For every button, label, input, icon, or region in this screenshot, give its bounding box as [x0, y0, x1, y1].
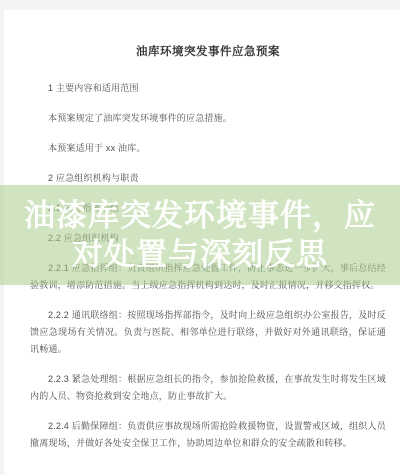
section-heading-1: 1 主要内容和适用范围: [30, 80, 386, 97]
headline-overlay-line-1: 油漆库突发环境事件，应: [24, 196, 376, 235]
paragraph-applies-to: 本预案适用于 xx 油库。: [30, 140, 386, 157]
paragraph-2-2-3: 2.2.3 紧急处理组：根据应急组长的指令，参加抢险救援，在事故发生时将发生区域…: [30, 371, 386, 405]
paragraph-2-2-4: 2.2.4 后勤保障组：负责供应事故现场所需抢险救援物资，设置警戒区域，组织人员…: [30, 418, 386, 452]
page-background: 油库环境突发事件应急预案 1 主要内容和适用范围 本预案规定了油库突发环境事件的…: [0, 0, 400, 475]
paragraph-2-2-2: 2.2.2 通讯联络组：按照现场指挥部指令，及时向上级应急组织办公室报告，及时反…: [30, 307, 386, 358]
paragraph-scope: 本预案规定了油库突发环境事件的应急措施。: [30, 110, 386, 127]
document-title: 油库环境突发事件应急预案: [30, 44, 386, 60]
headline-overlay-band: 油漆库突发环境事件，应 对处置与深刻反思: [0, 185, 400, 285]
headline-overlay-line-2: 对处置与深刻反思: [72, 235, 328, 274]
